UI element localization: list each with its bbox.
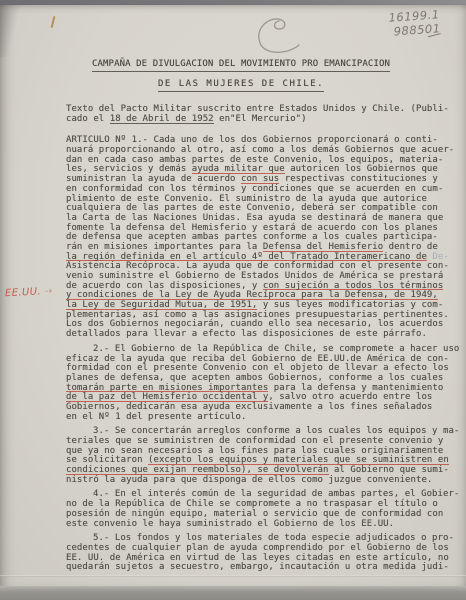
typed-text: planes de defensa, que acepten ambos Gob… [66,373,443,383]
document-title-line1: CAMPAÑA DE DIVULGACION DEL MOVIMIENTO PR… [92,59,390,72]
typed-text: ARTICULO Nº 1.- Cada uno de los dos Gobi… [66,135,438,145]
paragraph-parrafo-5: 5.- Los fondos y los materiales de toda … [66,534,466,573]
typed-text: al Gobierno que sumi- [329,465,449,475]
typed-text: 3.- Se concertarán arreglos conforme a l… [93,426,459,436]
typed-text: no de la República de Chile se compromet… [66,499,438,509]
document-title-line2: DE LAS MUJERES DE CHILE. [158,79,324,92]
paragraph-intro: Texto del Pacto Militar suscrito entre E… [66,105,466,124]
typed-text: quedarán sujetos a secuestro, embargo, i… [66,562,449,572]
paragraph-parrafo-4: 4.- En el interés común de la seguridad … [66,490,466,529]
typed-text: posesión de ningún equipo, material o se… [66,509,443,519]
text-line: en el Nº 1 del presente artículo. [66,413,466,423]
typed-text: Los dos Gobiernos negociarán, cuando ell… [66,319,443,329]
red-underlined-text: de la paz del Hemisferio occidental y [66,392,268,402]
typed-text: de defensa que acepten ambas partes conf… [66,232,438,242]
ink-underlined-text: 18 de Abril de 1952 [110,114,214,124]
typed-text: y sus leyes modificatorias y com- [257,300,443,310]
paper-crease [0,575,466,577]
document-body: Texto del Pacto Militar suscrito entre E… [66,105,466,578]
text-line: nistró la ayuda para que disponga de ell… [66,476,466,486]
corner-shadow [0,5,26,57]
typed-text: suministran la ayuda de acuerdo [66,174,241,184]
orange-tick-mark [51,16,56,28]
typed-text: en conformidad con los términos y condic… [66,184,443,194]
scan-bottom-edge [0,586,466,600]
text-line: este convenio le haya suministrado el Go… [66,520,466,530]
catalog-numbers: 16199.1 988501 [388,7,441,38]
typed-text: detallados para llevar a efecto las disp… [66,329,427,339]
text-line: cado el 18 de Abril de 1952 en"El Mercur… [66,115,466,125]
margin-note-text: EE.UU. [5,286,42,299]
typed-text: Gobiernos, dedicarán esa ayuda exclusiva… [66,402,432,412]
text-line: quedarán sujetos a secuestro, embargo, i… [66,563,466,573]
typed-text: teriales que se suministren de conformid… [66,436,443,446]
typed-text: cedentes de cualquier plan de ayuda comp… [66,543,449,553]
margin-annotation-red: EE.UU. ⇢ [5,286,52,299]
typed-text: la Carta de las Naciones Unidas. Esa ayu… [66,213,443,223]
typed-text: Asistencia Recóproca. La ayuda que de co… [66,261,449,271]
red-underlined-text: con sus [241,174,279,184]
text-line: detallados para llevar a efecto las disp… [66,330,466,340]
typed-text: les, servicios y demás [66,164,192,174]
typed-text: , salvo otro acuerdo entre los [268,392,432,402]
typed-text: en"El Mercurio") [214,114,307,124]
typed-text: dentro de [383,242,438,252]
scanned-document-page: 16199.1 988501 EE.UU. ⇢ CAMPAÑA DE DIVUL… [0,0,466,600]
red-underlined-text: Defensa del Hemisferio [263,242,383,252]
typed-text: se solicitaron [66,455,148,465]
typed-text: en el Nº 1 del presente artículo. [66,412,246,422]
pencil-letter-c-mark [251,14,303,56]
paragraph-articulo-1: ARTICULO Nº 1.- Cada uno de los dos Gobi… [66,136,466,339]
typed-text: Texto del Pacto Militar suscrito entre E… [66,104,449,114]
typed-text: nuará proporcionando al otro, así como a… [66,145,454,155]
paragraph-parrafo-3: 3.- Se concertarán arreglos conforme a l… [66,427,466,485]
typed-text: 2.- El Gobierno de la República de Chile… [93,344,459,354]
squiggle-arrow-icon: ⇢ [44,287,51,297]
red-underlined-text: y condiciones de la Ley de Ayuda Recípro… [66,290,438,300]
red-underlined-text: la Ley de Seguridad Mutua, de 1951, [66,300,257,310]
typed-text: respectivas constituciones y [279,174,438,184]
typed-text: 4.- En el interés común de la seguridad … [93,489,459,499]
typed-text: cualquiera de las partes de este Conveni… [66,203,438,213]
catalog-number-2: 988501 [393,21,441,38]
typed-text: rán en misiones importantes para la [66,242,263,252]
typed-text: autoricen los Gobiernos que [285,164,438,174]
typed-text: nistró la ayuda para que disponga de ell… [66,475,432,485]
typed-text: plimiento de este Convenio. El suministr… [66,194,427,204]
typed-text: De- [427,252,449,262]
typed-text: venio suministre el Gobierno de Estados … [66,271,443,281]
typed-text: cado el [66,114,110,124]
red-underlined-text: condiciones que exijan reembolso), se de… [66,465,329,475]
red-underlined-text: ayuda militar que [192,164,285,174]
typed-text: formidad con el presente Convenio con el… [66,363,449,373]
typed-text: este convenio le haya suministrado el Go… [66,519,394,529]
red-underlined-text: (excepto los equipos y materiales que se… [148,455,449,465]
paper-sheet: 16199.1 988501 EE.UU. ⇢ CAMPAÑA DE DIVUL… [0,5,466,587]
paragraph-parrafo-2: 2.- El Gobierno de la República de Chile… [66,345,466,423]
typed-text: 5.- Los fondos y los materiales de toda … [93,533,454,543]
typed-text: eficaz de la ayuda que reciba del Gobier… [66,354,449,364]
